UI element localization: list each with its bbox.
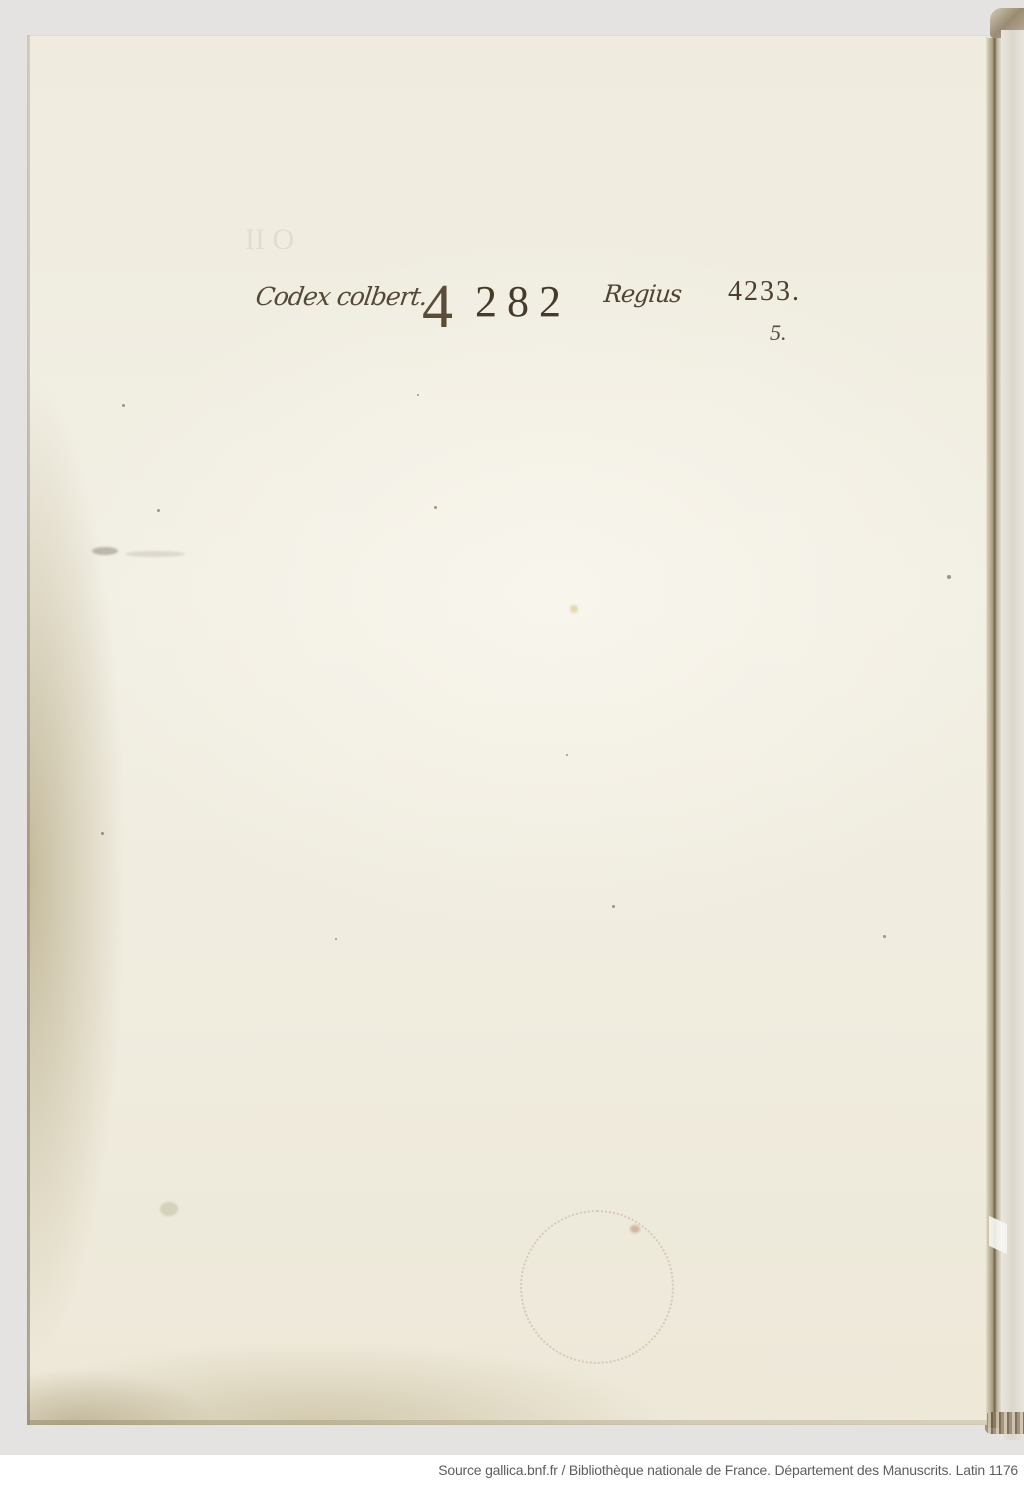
binding-bottom-fragment xyxy=(985,1412,1024,1434)
inscription-shelf-number: 282 xyxy=(475,280,571,324)
document-viewer: II O Codex colbert. 4 282 Regius 4233. 5… xyxy=(0,0,1024,1486)
speck xyxy=(566,754,568,756)
speck xyxy=(434,506,437,509)
inscription-codex-colbert: Codex colbert. xyxy=(254,282,429,311)
inscription-large-digit: 4 xyxy=(422,276,453,338)
inscription-regius-number: 4233. xyxy=(728,276,801,308)
stain-mark xyxy=(92,547,118,555)
speck xyxy=(335,938,337,940)
speck xyxy=(947,575,951,579)
speck xyxy=(612,905,615,908)
stain-mark xyxy=(570,605,578,613)
speck xyxy=(417,394,419,396)
page-edge-bottom xyxy=(27,1420,987,1425)
speck xyxy=(101,832,104,835)
speck xyxy=(122,404,125,407)
inscription-regius: Regius xyxy=(603,280,683,308)
inscription-sub-number: 5. xyxy=(770,320,787,346)
scan-area: II O Codex colbert. 4 282 Regius 4233. 5… xyxy=(0,0,1024,1455)
page-edge-left xyxy=(27,35,30,1425)
stain-mark xyxy=(125,551,185,557)
faint-stamp-ring xyxy=(520,1210,674,1364)
speck xyxy=(883,935,886,938)
parchment-page xyxy=(27,35,987,1425)
stain-mark xyxy=(160,1202,178,1216)
footer-bar: Source gallica.bnf.fr / Bibliothèque nat… xyxy=(0,1455,1024,1486)
source-credit: Source gallica.bnf.fr / Bibliothèque nat… xyxy=(438,1462,1018,1478)
speck xyxy=(157,509,160,512)
faint-offset-mark: II O xyxy=(245,223,294,257)
